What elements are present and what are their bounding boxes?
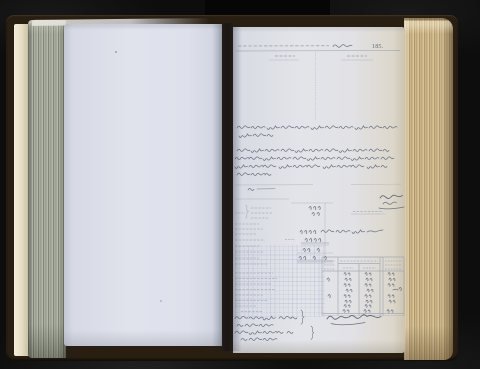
- closing-minutes-lines: [235, 310, 314, 341]
- right-manuscript-page: 185.: [233, 27, 405, 353]
- table-figures: [327, 273, 395, 313]
- section-rules: [235, 184, 401, 199]
- attendance-columns: [269, 52, 373, 120]
- ledger-figures: [291, 203, 383, 263]
- right-page-content: 185.: [233, 27, 405, 353]
- handwritten-date: [333, 45, 352, 48]
- folio-number: 185.: [372, 44, 384, 50]
- printed-brace: [246, 205, 249, 218]
- left-blank-page: [64, 24, 222, 346]
- marginal-note: [248, 189, 275, 191]
- minutes-paragraph-1: [237, 126, 397, 138]
- ledger-printed-labels: [235, 205, 295, 264]
- clerk-signature-top: [351, 195, 404, 214]
- secretary-line: [321, 230, 383, 234]
- left-page-stack: [28, 20, 66, 358]
- ink-brace: [301, 310, 304, 324]
- photo-stage: 185.: [0, 0, 480, 369]
- ink-brace: [311, 326, 314, 339]
- right-fore-edge: [404, 18, 453, 360]
- statistics-table: [322, 257, 404, 316]
- minutes-paragraph-2: [235, 149, 394, 176]
- margin-note: [393, 287, 401, 290]
- chairman-signature: [327, 315, 381, 325]
- table-printed-headers: [324, 261, 402, 269]
- paper-speck: [160, 300, 162, 302]
- gutter-shadow: [212, 23, 242, 351]
- form-header: 185.: [236, 44, 400, 51]
- paper-speck: [115, 51, 117, 53]
